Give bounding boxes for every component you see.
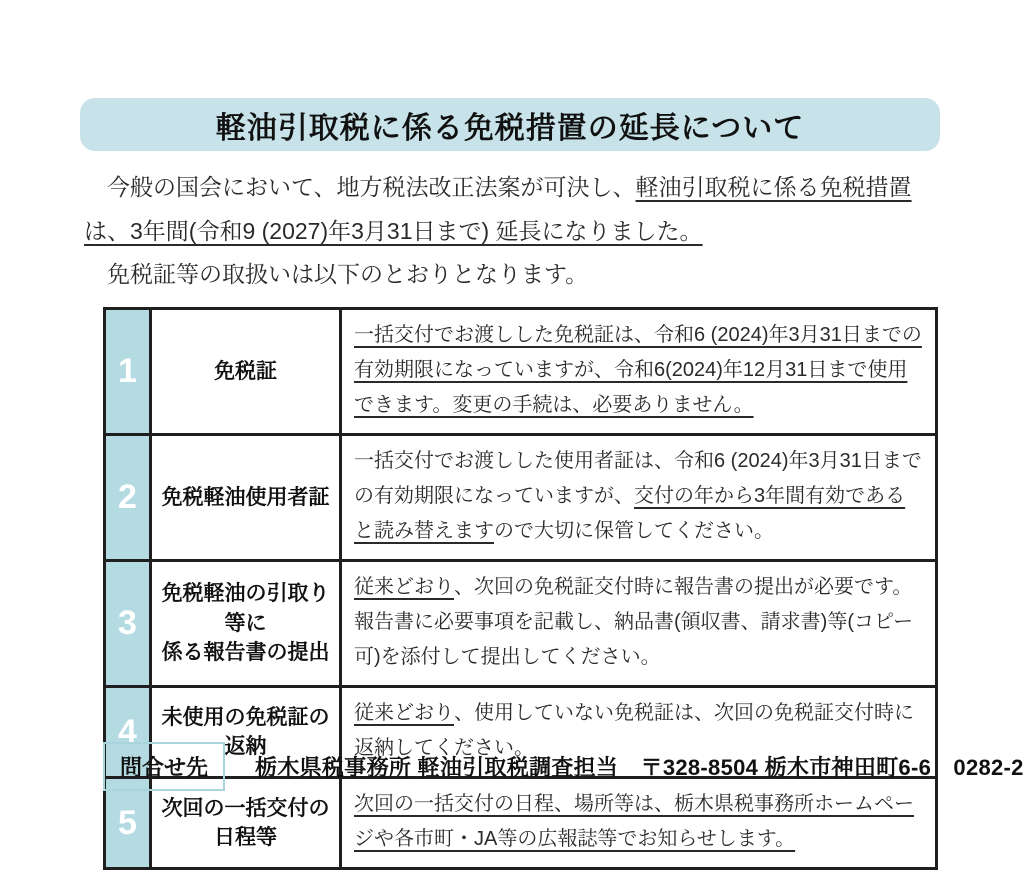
row-number: 1	[105, 309, 151, 435]
row-content: 一括交付でお渡しした使用者証は、令和6 (2024)年3月31日までの有効期限に…	[341, 435, 937, 561]
table-row: 3 免税軽油の引取り等に 係る報告書の提出 従来どおり、次回の免税証交付時に報告…	[105, 561, 937, 687]
contact-label-box: 問合せ先	[103, 742, 225, 791]
content-segment: 従来どおり	[354, 702, 454, 724]
row-label: 免税軽油の引取り等に 係る報告書の提出	[151, 561, 341, 687]
row-number: 3	[105, 561, 151, 687]
title-banner: 軽油引取税に係る免税措置の延長について	[80, 98, 940, 151]
document-page: 軽油引取税に係る免税措置の延長について 今般の国会において、地方税法改正法案が可…	[0, 0, 1024, 886]
row-label: 免税軽油使用者証	[151, 435, 341, 561]
intro-section: 今般の国会において、地方税法改正法案が可決し、軽油引取税に係る免税措置は、3年間…	[84, 166, 942, 297]
intro-paragraph-2: 免税証等の取扱いは以下のとおりとなります。	[84, 253, 942, 297]
contact-info: 栃木県税事務所 軽油引取税調査担当 〒328-8504 栃木市神田町6-6 02…	[255, 751, 1024, 782]
row-label: 次回の一括交付の日程等	[151, 778, 341, 869]
row-number: 2	[105, 435, 151, 561]
table-row: 5 次回の一括交付の日程等 次回の一括交付の日程、場所等は、栃木県税事務所ホーム…	[105, 778, 937, 869]
content-segment: 一括交付でお渡しした免税証は、令和6 (2024)年3月31日までの有効期限にな…	[354, 324, 922, 416]
row-label: 免税証	[151, 309, 341, 435]
content-segment: 従来どおり	[354, 576, 454, 598]
row-content: 次回の一括交付の日程、場所等は、栃木県税事務所ホームページや各市町・JA等の広報…	[341, 778, 937, 869]
page-title: 軽油引取税に係る免税措置の延長について	[216, 103, 804, 147]
row-number: 5	[105, 778, 151, 869]
intro-paragraph-1: 今般の国会において、地方税法改正法案が可決し、軽油引取税に係る免税措置は、3年間…	[84, 166, 942, 253]
row-content: 一括交付でお渡しした免税証は、令和6 (2024)年3月31日までの有効期限にな…	[341, 309, 937, 435]
row-content: 従来どおり、次回の免税証交付時に報告書の提出が必要です。報告書に必要事項を記載し…	[341, 561, 937, 687]
content-segment: 次回の一括交付の日程、場所等は、栃木県税事務所ホームページや各市町・JA等の広報…	[354, 793, 914, 850]
intro-p1-plain: 今般の国会において、地方税法改正法案が可決し、	[84, 174, 636, 200]
content-segment: ので大切に保管してください。	[494, 520, 774, 542]
table-row: 1 免税証 一括交付でお渡しした免税証は、令和6 (2024)年3月31日までの…	[105, 309, 937, 435]
contact-footer: 問合せ先 栃木県税事務所 軽油引取税調査担当 〒328-8504 栃木市神田町6…	[103, 742, 940, 791]
table-row: 2 免税軽油使用者証 一括交付でお渡しした使用者証は、令和6 (2024)年3月…	[105, 435, 937, 561]
